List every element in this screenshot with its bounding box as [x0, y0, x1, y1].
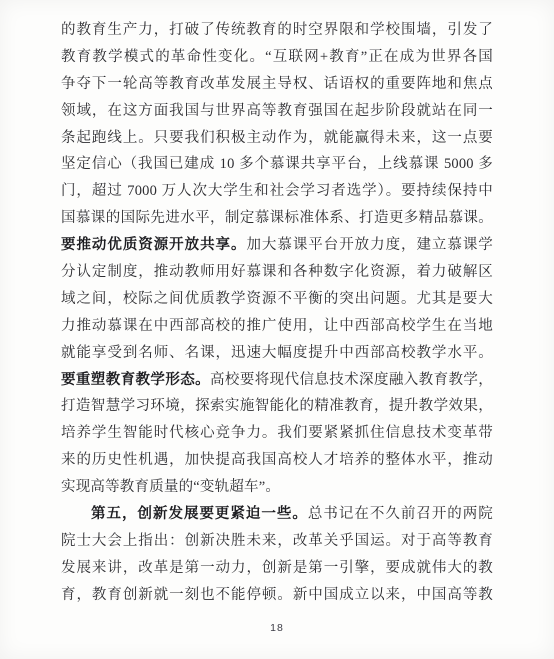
text-line: 就能享受到名师、名课，迅速大幅度提升中西部高校教学水平。 [61, 340, 493, 367]
body-text-segment: 域之间，校际之间优质教学资源不平衡的突出问题。尤其是要大 [61, 291, 493, 307]
body-text-segment: 坚定信心（我国已建成 10 多个慕课共享平台，上线慕课 5000 多 [61, 156, 493, 172]
body-text-segment: 就能享受到名师、名课，迅速大幅度提升中西部高校教学水平。 [61, 345, 493, 361]
body-text-segment: 总书记在不久前召开的两院 [308, 506, 493, 522]
body-text-segment: 领域，在这方面我国与世界高等教育强国在起步阶段就站在同一 [61, 103, 493, 119]
body-text-segment: 的教育生产力，打破了传统教育的时空界限和学校围墙，引发了 [61, 22, 493, 38]
text-line: 条起跑线上。只要我们积极主动作为，就能赢得未来，这一点要 [61, 125, 493, 152]
text-line: 教育教学模式的革命性变化。“互联网+教育”正在成为世界各国 [61, 44, 493, 71]
text-line: 争夺下一轮高等教育改革发展主导权、话语权的重要阵地和焦点 [61, 71, 493, 98]
text-line: 力推动慕课在中西部高校的推广使用，让中西部高校学生在当地 [61, 313, 493, 340]
emphasis-text: 要推动优质资源开放共享。 [61, 237, 246, 253]
text-line: 育，教育创新就一刻也不能停顿。新中国成立以来，中国高等教 [61, 582, 493, 609]
body-text-segment: 分认定制度，推动教师用好慕课和各种数字化资源，着力破解区 [61, 264, 493, 280]
text-line: 来的历史性机遇，加快提高我国高校人才培养的整体水平，推动 [61, 447, 493, 474]
text-line: 发展来讲，改革是第一动力，创新是第一引擎，要成就伟大的教 [61, 555, 493, 582]
text-line: 领域，在这方面我国与世界高等教育强国在起步阶段就站在同一 [61, 98, 493, 125]
text-line: 要推动优质资源开放共享。加大慕课平台开放力度，建立慕课学 [61, 232, 493, 259]
body-text: 的教育生产力，打破了传统教育的时空界限和学校围墙，引发了教育教学模式的革命性变化… [61, 17, 493, 609]
body-text-segment: 来的历史性机遇，加快提高我国高校人才培养的整体水平，推动 [61, 452, 493, 468]
body-text-segment: 教育教学模式的革命性变化。“互联网+教育”正在成为世界各国 [61, 49, 493, 65]
body-text-segment: 院士大会上指出：创新决胜未来，改革关乎国运。对于高等教育 [61, 533, 493, 549]
text-line: 第五，创新发展要更紧迫一些。总书记在不久前召开的两院 [61, 501, 493, 528]
text-line: 实现高等教育质量的“变轨超车”。 [61, 474, 493, 501]
text-line: 院士大会上指出：创新决胜未来，改革关乎国运。对于高等教育 [61, 528, 493, 555]
text-line: 门，超过 7000 万人次大学生和社会学习者选学）。要持续保持中 [61, 178, 493, 205]
emphasis-text: 要重塑教育教学形态。 [61, 372, 210, 388]
text-line: 打造智慧学习环境，探索实施智能化的精准教育，提升教学效果， [61, 393, 493, 420]
body-text-segment: 条起跑线上。只要我们积极主动作为，就能赢得未来，这一点要 [61, 130, 493, 146]
body-text-segment: 实现高等教育质量的“变轨超车”。 [61, 479, 280, 495]
body-text-segment: 国慕课的国际先进水平，制定慕课标准体系、打造更多精品慕课。 [61, 210, 493, 226]
body-text-segment: 门，超过 7000 万人次大学生和社会学习者选学）。要持续保持中 [61, 183, 493, 199]
body-text-segment: 加大慕课平台开放力度，建立慕课学 [246, 237, 493, 253]
body-text-segment: 力推动慕课在中西部高校的推广使用，让中西部高校学生在当地 [61, 318, 493, 334]
text-line: 分认定制度，推动教师用好慕课和各种数字化资源，着力破解区 [61, 259, 493, 286]
body-text-segment: 争夺下一轮高等教育改革发展主导权、话语权的重要阵地和焦点 [61, 76, 493, 92]
body-text-segment: 发展来讲，改革是第一动力，创新是第一引擎，要成就伟大的教 [61, 560, 493, 576]
text-line: 要重塑教育教学形态。高校要将现代信息技术深度融入教育教学， [61, 367, 493, 394]
page-number: 18 [0, 622, 554, 634]
body-text-segment: 高校要将现代信息技术深度融入教育教学， [210, 372, 493, 388]
text-line: 国慕课的国际先进水平，制定慕课标准体系、打造更多精品慕课。 [61, 205, 493, 232]
text-line: 的教育生产力，打破了传统教育的时空界限和学校围墙，引发了 [61, 17, 493, 44]
text-line: 培养学生智能时代核心竞争力。我们要紧紧抓住信息技术变革带 [61, 420, 493, 447]
body-text-segment: 育，教育创新就一刻也不能停顿。新中国成立以来，中国高等教 [61, 587, 493, 603]
text-line: 坚定信心（我国已建成 10 多个慕课共享平台，上线慕课 5000 多 [61, 151, 493, 178]
document-page: 的教育生产力，打破了传统教育的时空界限和学校围墙，引发了教育教学模式的革命性变化… [0, 0, 554, 659]
text-line: 域之间，校际之间优质教学资源不平衡的突出问题。尤其是要大 [61, 286, 493, 313]
body-text-segment: 培养学生智能时代核心竞争力。我们要紧紧抓住信息技术变革带 [61, 425, 493, 441]
body-text-segment: 打造智慧学习环境，探索实施智能化的精准教育，提升教学效果， [61, 398, 493, 414]
emphasis-text: 第五，创新发展要更紧迫一些。 [91, 506, 308, 522]
